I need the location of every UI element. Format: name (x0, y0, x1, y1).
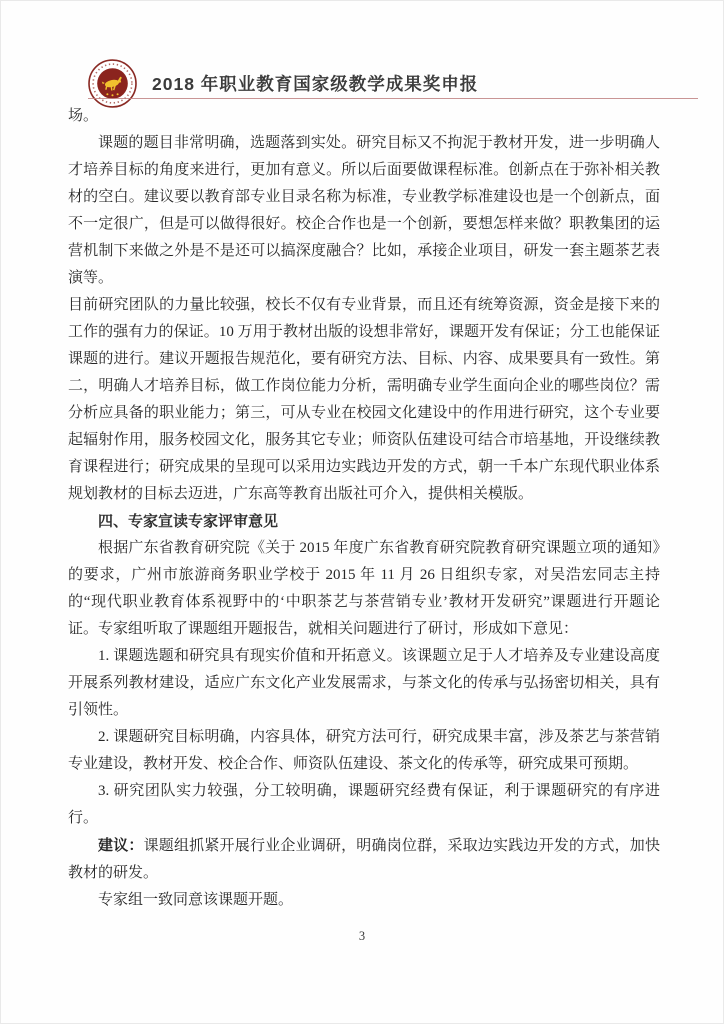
suggestion-label: 建议： (98, 837, 144, 854)
document-page: 2018 年职业教育国家级教学成果奖申报 场。 课题的题目非常明确，选题落到实处… (0, 0, 724, 1024)
paragraph-opinion-1: 1. 课题选题和研究具有现实价值和开拓意义。该课题立足于人才培养及专业建设高度开… (68, 643, 660, 724)
paragraph-review-background: 根据广东省教育研究院《关于 2015 年度广东省教育研究院教育研究课题立项的通知… (68, 535, 660, 643)
paragraph-suggestion: 建议：课题组抓紧开展行业企业调研，明确岗位群，采取边实践边开发的方式，加快教材的… (68, 832, 660, 887)
paragraph-approval: 专家组一致同意该课题开题。 (68, 887, 660, 914)
section-heading-expert-review: 四、专家宣读专家评审意见 (68, 508, 660, 535)
paragraph-opinion-3: 3. 研究团队实力较强，分工较明确，课题研究经费有保证，利于课题研究的有序进行。 (68, 778, 660, 832)
paragraph-opinion-2: 2. 课题研究目标明确，内容具体，研究方法可行，研究成果丰富，涉及茶艺与茶营销专… (68, 724, 660, 778)
header-divider (88, 98, 698, 99)
page-header: 2018 年职业教育国家级教学成果奖申报 (88, 58, 696, 108)
school-seal-icon (88, 59, 137, 108)
paragraph-topic-comments: 课题的题目非常明确，选题落到实处。研究目标又不拘泥于教材开发，进一步明确人才培养… (68, 130, 660, 292)
document-body: 场。 课题的题目非常明确，选题落到实处。研究目标又不拘泥于教材开发，进一步明确人… (68, 103, 660, 914)
page-title: 2018 年职业教育国家级教学成果奖申报 (152, 71, 478, 96)
paragraph-team-comments: 目前研究团队的力量比较强，校长不仅有专业背景，而且还有统筹资源，资金是接下来的工… (68, 292, 660, 508)
suggestion-text: 课题组抓紧开展行业企业调研，明确岗位群，采取边实践边开发的方式，加快教材的研发。 (68, 838, 660, 881)
page-number: 3 (0, 929, 724, 944)
paragraph-continuation: 场。 (68, 103, 660, 130)
